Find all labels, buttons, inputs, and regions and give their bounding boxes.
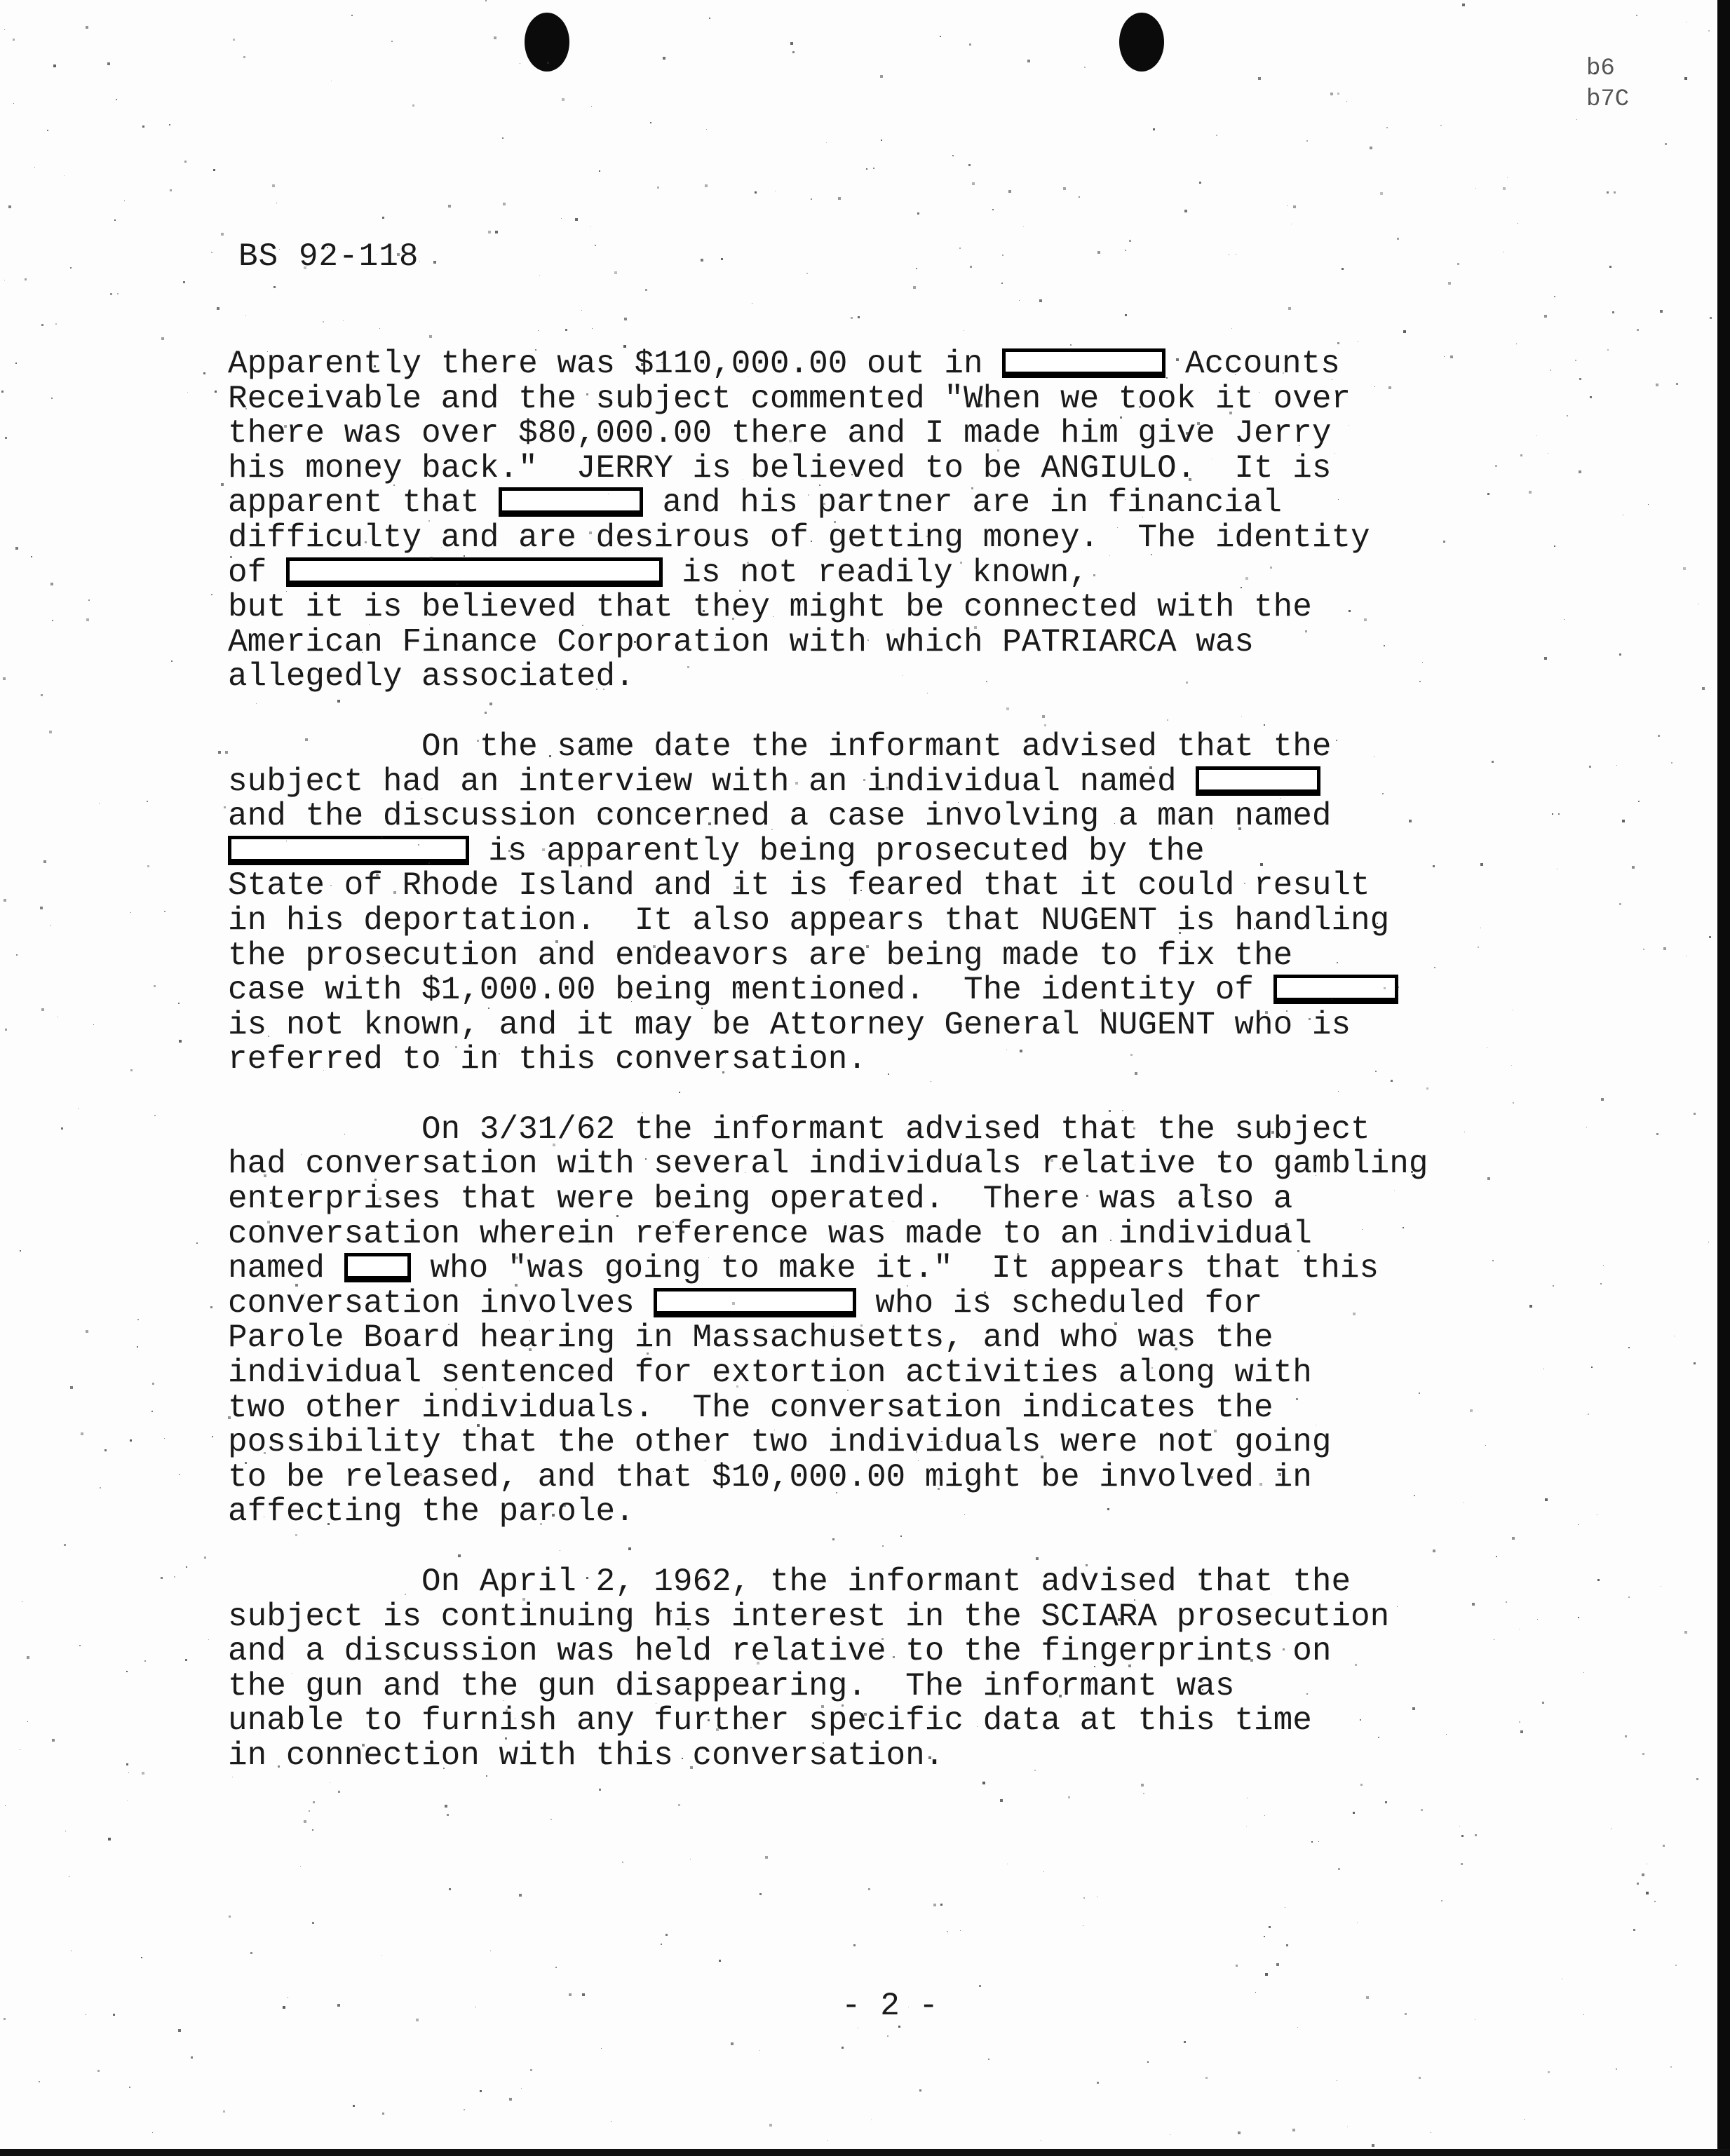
scan-speckle bbox=[337, 700, 340, 703]
scan-speckle bbox=[752, 1116, 753, 1117]
scan-speckle bbox=[178, 2029, 181, 2032]
scan-speckle bbox=[184, 161, 187, 163]
scan-speckle bbox=[634, 641, 636, 643]
text-run: had conversation with several individual… bbox=[228, 1146, 1428, 1182]
scan-speckle bbox=[1000, 1799, 1003, 1802]
text-line: American Finance Corporation with which … bbox=[228, 625, 1574, 660]
scan-speckle bbox=[736, 1385, 738, 1388]
scan-speckle bbox=[1710, 317, 1712, 319]
scan-speckle bbox=[464, 2109, 465, 2110]
scan-speckle bbox=[1097, 2082, 1099, 2084]
scan-speckle bbox=[1337, 342, 1339, 344]
scan-speckle bbox=[245, 316, 246, 316]
scan-speckle bbox=[893, 1193, 895, 1195]
scan-speckle bbox=[1579, 470, 1581, 473]
scan-speckle bbox=[596, 689, 597, 690]
scan-speckle bbox=[1557, 869, 1557, 869]
scan-speckle bbox=[1382, 793, 1384, 794]
text-run: in connection with this conversation. bbox=[228, 1737, 944, 1774]
scan-speckle bbox=[412, 104, 414, 107]
scan-speckle bbox=[1487, 1177, 1490, 1180]
scan-speckle bbox=[16, 954, 18, 956]
scan-speckle bbox=[477, 740, 479, 742]
scan-speckle bbox=[480, 379, 480, 380]
scan-speckle bbox=[1246, 1826, 1247, 1826]
scan-speckle bbox=[1109, 1110, 1111, 1112]
scan-speckle bbox=[1441, 1900, 1442, 1901]
scan-speckle bbox=[393, 891, 396, 894]
scan-speckle bbox=[599, 1789, 601, 1791]
scan-speckle bbox=[919, 2089, 921, 2091]
scan-speckle bbox=[661, 362, 663, 363]
scan-speckle bbox=[867, 639, 869, 641]
scan-speckle bbox=[295, 1534, 297, 1536]
scan-speckle bbox=[353, 2105, 355, 2107]
text-run: who is scheduled for bbox=[856, 1285, 1263, 1322]
scan-speckle bbox=[1025, 1289, 1025, 1290]
scan-speckle bbox=[1125, 250, 1126, 251]
scan-speckle bbox=[678, 1804, 680, 1806]
scan-speckle bbox=[1702, 687, 1705, 690]
scan-speckle bbox=[71, 1951, 72, 1951]
scan-speckle bbox=[1316, 1425, 1316, 1425]
scan-speckle bbox=[538, 1514, 539, 1514]
scan-speckle bbox=[1403, 330, 1406, 333]
scan-speckle bbox=[363, 1716, 364, 1716]
scan-speckle bbox=[509, 2098, 512, 2101]
text-run: Accounts bbox=[1165, 346, 1339, 382]
scan-speckle bbox=[295, 1284, 298, 1287]
scan-speckle bbox=[151, 1411, 153, 1412]
scan-speckle bbox=[842, 1704, 844, 1707]
scan-speckle bbox=[152, 2132, 153, 2133]
scan-speckle bbox=[1709, 936, 1711, 938]
scan-speckle bbox=[1212, 459, 1212, 459]
scan-speckle bbox=[435, 954, 438, 956]
scan-speckle bbox=[960, 1930, 961, 1931]
scan-speckle bbox=[1603, 1265, 1604, 1266]
scan-speckle bbox=[360, 1050, 360, 1051]
scan-speckle bbox=[1050, 1159, 1053, 1162]
scan-speckle bbox=[614, 271, 617, 274]
scan-speckle bbox=[430, 557, 433, 560]
scan-speckle bbox=[1558, 813, 1560, 815]
scan-speckle bbox=[1643, 949, 1644, 950]
scan-speckle bbox=[1001, 283, 1003, 284]
scan-speckle bbox=[1201, 440, 1202, 441]
scan-speckle bbox=[223, 2110, 225, 2113]
text-line: On April 2, 1962, the informant advised … bbox=[228, 1565, 1574, 1600]
scan-speckle bbox=[808, 494, 809, 496]
scan-speckle bbox=[382, 217, 384, 219]
scan-speckle bbox=[1337, 93, 1339, 95]
scan-speckle bbox=[1433, 865, 1435, 867]
scan-speckle bbox=[337, 2004, 340, 2007]
scan-speckle bbox=[1128, 1665, 1131, 1667]
scan-speckle bbox=[69, 1876, 69, 1877]
scan-speckle bbox=[1480, 863, 1483, 866]
scan-speckle bbox=[1660, 310, 1663, 313]
scan-speckle bbox=[599, 170, 600, 172]
scan-speckle bbox=[1357, 1923, 1358, 1923]
text-line: there was over $80,000.00 there and I ma… bbox=[228, 416, 1574, 452]
scan-speckle bbox=[703, 610, 705, 612]
text-line: possibility that the other two individua… bbox=[228, 1425, 1574, 1460]
scan-speckle bbox=[931, 1081, 931, 1082]
scan-speckle bbox=[1414, 1495, 1415, 1496]
scan-speckle bbox=[1338, 499, 1339, 500]
text-run: State of Rhode Island and it is feared t… bbox=[228, 867, 1370, 904]
scan-speckle bbox=[1086, 1195, 1088, 1197]
scan-speckle bbox=[1117, 527, 1118, 528]
scan-speckle bbox=[1385, 1801, 1387, 1803]
scan-speckle bbox=[161, 1577, 163, 1579]
scan-speckle bbox=[1166, 377, 1168, 379]
scan-speckle bbox=[968, 164, 971, 166]
scan-speckle bbox=[1219, 1642, 1220, 1643]
scan-speckle bbox=[1151, 554, 1152, 555]
scan-speckle bbox=[1287, 205, 1288, 206]
scan-speckle bbox=[1419, 681, 1421, 682]
scan-speckle bbox=[1211, 828, 1212, 829]
scan-speckle bbox=[743, 479, 743, 480]
scan-speckle bbox=[1694, 1362, 1696, 1364]
text-line: of is not readily known, bbox=[228, 556, 1574, 591]
scan-speckle bbox=[20, 1250, 21, 1252]
redaction-box bbox=[344, 1253, 411, 1282]
scan-speckle bbox=[790, 42, 793, 45]
scan-speckle bbox=[8, 205, 11, 208]
scan-speckle bbox=[86, 2014, 86, 2015]
scan-speckle bbox=[1619, 903, 1621, 905]
scan-speckle bbox=[448, 205, 451, 208]
scan-speckle bbox=[377, 254, 377, 255]
scan-speckle bbox=[428, 862, 430, 864]
text-run: Apparently there was $110,000.00 out in bbox=[228, 346, 1002, 382]
scan-speckle bbox=[482, 952, 485, 955]
scan-speckle bbox=[708, 822, 711, 825]
scan-speckle bbox=[5, 437, 7, 439]
scan-speckle bbox=[994, 1152, 995, 1153]
scan-speckle bbox=[836, 1492, 837, 1493]
scan-speckle bbox=[775, 191, 776, 191]
scan-speckle bbox=[1524, 2119, 1525, 2120]
scan-speckle bbox=[304, 266, 306, 269]
scan-speckle bbox=[1487, 493, 1489, 495]
scan-speckle bbox=[986, 681, 987, 682]
scan-speckle bbox=[1443, 541, 1445, 543]
scan-speckle bbox=[1334, 453, 1335, 454]
scan-speckle bbox=[161, 337, 164, 340]
scan-speckle bbox=[1114, 823, 1115, 824]
scan-speckle bbox=[555, 940, 558, 943]
scan-speckle bbox=[203, 372, 205, 374]
scan-speckle bbox=[1135, 1072, 1137, 1075]
scan-speckle bbox=[490, 1951, 491, 1951]
scan-speckle bbox=[164, 1438, 165, 1439]
scan-speckle bbox=[665, 1934, 668, 1936]
scan-speckle bbox=[893, 1221, 893, 1222]
scan-speckle bbox=[673, 1471, 674, 1472]
scan-speckle bbox=[171, 660, 173, 662]
scan-speckle bbox=[1264, 1936, 1265, 1937]
scan-speckle bbox=[1374, 386, 1375, 387]
scan-speckle bbox=[1552, 813, 1553, 815]
scan-speckle bbox=[309, 1690, 310, 1691]
scan-speckle bbox=[1316, 1175, 1316, 1176]
scan-speckle bbox=[1250, 1659, 1253, 1662]
scan-speckle bbox=[141, 1957, 142, 1958]
text-line: had conversation with several individual… bbox=[228, 1147, 1574, 1182]
scan-speckle bbox=[1208, 1189, 1210, 1191]
scan-speckle bbox=[1386, 127, 1388, 128]
scan-speckle bbox=[863, 649, 863, 650]
text-run: Parole Board hearing in Massachusetts, a… bbox=[228, 1320, 1273, 1356]
scan-speckle bbox=[740, 1681, 741, 1683]
scan-speckle bbox=[114, 219, 116, 221]
scan-speckle bbox=[1309, 1018, 1311, 1020]
scan-speckle bbox=[212, 1436, 213, 1437]
scan-speckle bbox=[549, 755, 551, 757]
scan-speckle bbox=[1394, 1191, 1395, 1191]
scan-speckle bbox=[858, 316, 860, 318]
text-line: in connection with this conversation. bbox=[228, 1739, 1574, 1774]
scan-speckle bbox=[1632, 866, 1635, 869]
scan-speckle bbox=[304, 1293, 305, 1294]
scan-speckle bbox=[1674, 1336, 1675, 1336]
scan-speckle bbox=[325, 672, 325, 673]
scan-speckle bbox=[40, 907, 43, 909]
scan-speckle bbox=[731, 2042, 734, 2045]
scan-speckle bbox=[1461, 1835, 1464, 1837]
scan-speckle bbox=[351, 15, 353, 16]
scan-speckle bbox=[1686, 956, 1687, 956]
scan-speckle bbox=[55, 323, 57, 325]
scan-speckle bbox=[267, 351, 268, 352]
scan-speckle bbox=[701, 1008, 703, 1009]
scan-speckle bbox=[893, 1656, 895, 1658]
text-run: On April 2, 1962, the informant advised … bbox=[228, 1564, 1351, 1600]
scan-speckle bbox=[395, 679, 397, 681]
text-run: allegedly associated. bbox=[228, 658, 635, 695]
scan-speckle bbox=[1197, 422, 1200, 425]
text-line: but it is believed that they might be co… bbox=[228, 590, 1574, 625]
scan-speckle bbox=[736, 886, 739, 889]
scan-speckle bbox=[1114, 1322, 1117, 1325]
text-line: enterprises that were being operated. Th… bbox=[228, 1182, 1574, 1217]
scan-speckle bbox=[482, 1387, 483, 1388]
scan-speckle bbox=[1519, 1629, 1520, 1629]
scan-speckle bbox=[1360, 1784, 1363, 1786]
scan-speckle bbox=[1043, 1871, 1044, 1872]
scan-speckle bbox=[582, 1493, 583, 1494]
scan-speckle bbox=[926, 536, 928, 537]
text-run: who "was going to make it." It appears t… bbox=[411, 1250, 1379, 1287]
scan-speckle bbox=[1461, 1863, 1463, 1865]
scan-speckle bbox=[1070, 344, 1072, 346]
scan-speckle bbox=[602, 744, 602, 745]
scan-speckle bbox=[210, 1306, 212, 1308]
scan-speckle bbox=[1269, 1926, 1271, 1928]
scan-speckle bbox=[1332, 999, 1332, 1000]
scan-speckle bbox=[811, 541, 812, 542]
scan-speckle bbox=[1283, 1648, 1285, 1650]
text-run: is not known, and it may be Attorney Gen… bbox=[228, 1007, 1351, 1043]
scan-speckle bbox=[116, 99, 117, 100]
text-line: the prosecution and endeavors are being … bbox=[228, 939, 1574, 974]
scan-speckle bbox=[1259, 1483, 1262, 1486]
text-run: subject is continuing his interest in th… bbox=[228, 1599, 1389, 1635]
scan-speckle bbox=[221, 483, 224, 486]
scan-speckle bbox=[1646, 1892, 1649, 1894]
scan-speckle bbox=[169, 124, 170, 126]
scan-speckle bbox=[1622, 820, 1625, 822]
scan-speckle bbox=[738, 987, 740, 989]
scan-speckle bbox=[27, 1656, 29, 1659]
scan-speckle bbox=[1485, 1445, 1486, 1446]
scan-speckle bbox=[1241, 716, 1242, 717]
scan-speckle bbox=[183, 281, 185, 283]
scan-speckle bbox=[739, 590, 741, 592]
scan-speckle bbox=[245, 1462, 247, 1464]
scan-speckle bbox=[1576, 119, 1577, 120]
scan-speckle bbox=[128, 1772, 129, 1773]
scan-speckle bbox=[1141, 1784, 1144, 1787]
scan-speckle bbox=[430, 1676, 431, 1677]
scan-speckle bbox=[480, 2090, 482, 2092]
scan-speckle bbox=[1519, 1721, 1520, 1723]
redaction-box bbox=[1196, 766, 1320, 796]
scan-speckle bbox=[1537, 1619, 1538, 1620]
scan-speckle bbox=[1225, 1327, 1227, 1329]
scan-speckle bbox=[1286, 1944, 1288, 1946]
scan-speckle bbox=[312, 1829, 313, 1831]
scan-speckle bbox=[504, 1700, 504, 1701]
scan-speckle bbox=[769, 2124, 772, 2127]
scan-speckle bbox=[1656, 384, 1658, 386]
scan-speckle bbox=[1008, 190, 1011, 193]
scan-speckle bbox=[365, 541, 367, 543]
scan-speckle bbox=[1143, 1793, 1144, 1794]
scan-speckle bbox=[958, 802, 959, 803]
scan-speckle bbox=[1388, 386, 1391, 389]
scan-speckle bbox=[1002, 255, 1003, 256]
text-run: possibility that the other two individua… bbox=[228, 1424, 1331, 1460]
scan-speckle bbox=[882, 926, 884, 927]
exemption-code: b7C bbox=[1586, 84, 1629, 115]
scan-speckle bbox=[211, 594, 212, 595]
scan-speckle bbox=[185, 1659, 187, 1661]
scan-speckle bbox=[589, 531, 592, 534]
scan-speckle bbox=[270, 1202, 272, 1204]
scan-speckle bbox=[187, 392, 188, 393]
scan-speckle bbox=[582, 625, 583, 626]
text-line: Receivable and the subject commented "Wh… bbox=[228, 382, 1574, 417]
text-run: of bbox=[228, 555, 286, 591]
scan-speckle bbox=[1403, 1227, 1404, 1228]
scan-speckle bbox=[31, 556, 32, 557]
scan-speckle bbox=[1364, 618, 1367, 621]
scan-speckle bbox=[1285, 1223, 1288, 1226]
scan-speckle bbox=[1421, 1809, 1423, 1811]
scan-speckle bbox=[1276, 1963, 1279, 1966]
scan-speckle bbox=[52, 1739, 55, 1742]
scan-speckle bbox=[1202, 1689, 1203, 1690]
scan-speckle bbox=[1411, 1171, 1413, 1173]
scan-speckle bbox=[428, 520, 430, 522]
scan-speckle bbox=[1149, 766, 1152, 769]
scan-speckle bbox=[622, 1862, 623, 1863]
scan-speckle bbox=[521, 2088, 522, 2089]
scan-speckle bbox=[286, 591, 287, 592]
paragraph-parole-board: On 3/31/62 the informant advised that th… bbox=[228, 1113, 1574, 1530]
scan-speckle bbox=[1311, 1841, 1313, 1843]
scan-speckle bbox=[687, 666, 689, 668]
scan-speckle bbox=[1506, 1601, 1507, 1603]
scan-speckle bbox=[1133, 1127, 1135, 1130]
scan-speckle bbox=[1017, 1253, 1019, 1255]
scan-speckle bbox=[1093, 574, 1095, 576]
scan-speckle bbox=[1201, 1587, 1203, 1589]
scan-speckle bbox=[1654, 1901, 1656, 1902]
scan-speckle bbox=[1153, 128, 1155, 130]
scan-speckle bbox=[457, 583, 458, 585]
scan-speckle bbox=[631, 1001, 632, 1002]
scan-speckle bbox=[52, 620, 53, 621]
scan-speckle bbox=[104, 1449, 107, 1451]
scan-speckle bbox=[823, 1742, 824, 1744]
text-run: is not readily known, bbox=[663, 555, 1088, 591]
scan-speckle bbox=[719, 1960, 721, 1962]
scan-speckle bbox=[823, 1650, 823, 1650]
scan-speckle bbox=[1708, 1242, 1709, 1242]
scan-speckle bbox=[1397, 238, 1399, 240]
scan-speckle bbox=[1222, 1345, 1223, 1346]
scan-speckle bbox=[823, 503, 825, 505]
scan-speckle bbox=[405, 1658, 407, 1660]
scan-speckle bbox=[1409, 820, 1412, 822]
scan-speckle bbox=[563, 1504, 566, 1507]
text-line: to be released, and that $10,000.00 migh… bbox=[228, 1460, 1574, 1496]
scan-speckle bbox=[682, 1758, 683, 1759]
scan-speckle bbox=[1708, 30, 1710, 32]
scan-speckle bbox=[1448, 282, 1451, 285]
scan-speckle bbox=[1083, 1897, 1085, 1899]
scan-speckle bbox=[1176, 358, 1179, 361]
text-line: On the same date the informant advised t… bbox=[228, 730, 1574, 765]
scan-speckle bbox=[920, 785, 921, 787]
scan-speckle bbox=[323, 321, 324, 323]
scan-speckle bbox=[1305, 630, 1307, 632]
scan-speckle bbox=[154, 985, 156, 987]
scan-speckle bbox=[918, 1460, 919, 1461]
scan-speckle bbox=[1180, 876, 1183, 879]
scan-speckle bbox=[338, 1791, 340, 1793]
exemption-code: b6 bbox=[1586, 53, 1629, 84]
scan-speckle bbox=[1663, 1845, 1665, 1847]
scan-speckle bbox=[542, 1375, 544, 1377]
scan-speckle bbox=[663, 57, 665, 60]
scan-speckle bbox=[969, 43, 971, 46]
scan-speckle bbox=[1086, 1564, 1088, 1566]
scan-speckle bbox=[170, 189, 172, 191]
scan-speckle bbox=[1607, 191, 1609, 194]
scan-speckle bbox=[381, 836, 383, 838]
scan-speckle bbox=[860, 1324, 863, 1327]
scan-speckle bbox=[358, 1448, 359, 1449]
scan-speckle bbox=[1236, 1965, 1238, 1967]
scan-speckle bbox=[611, 2121, 611, 2122]
